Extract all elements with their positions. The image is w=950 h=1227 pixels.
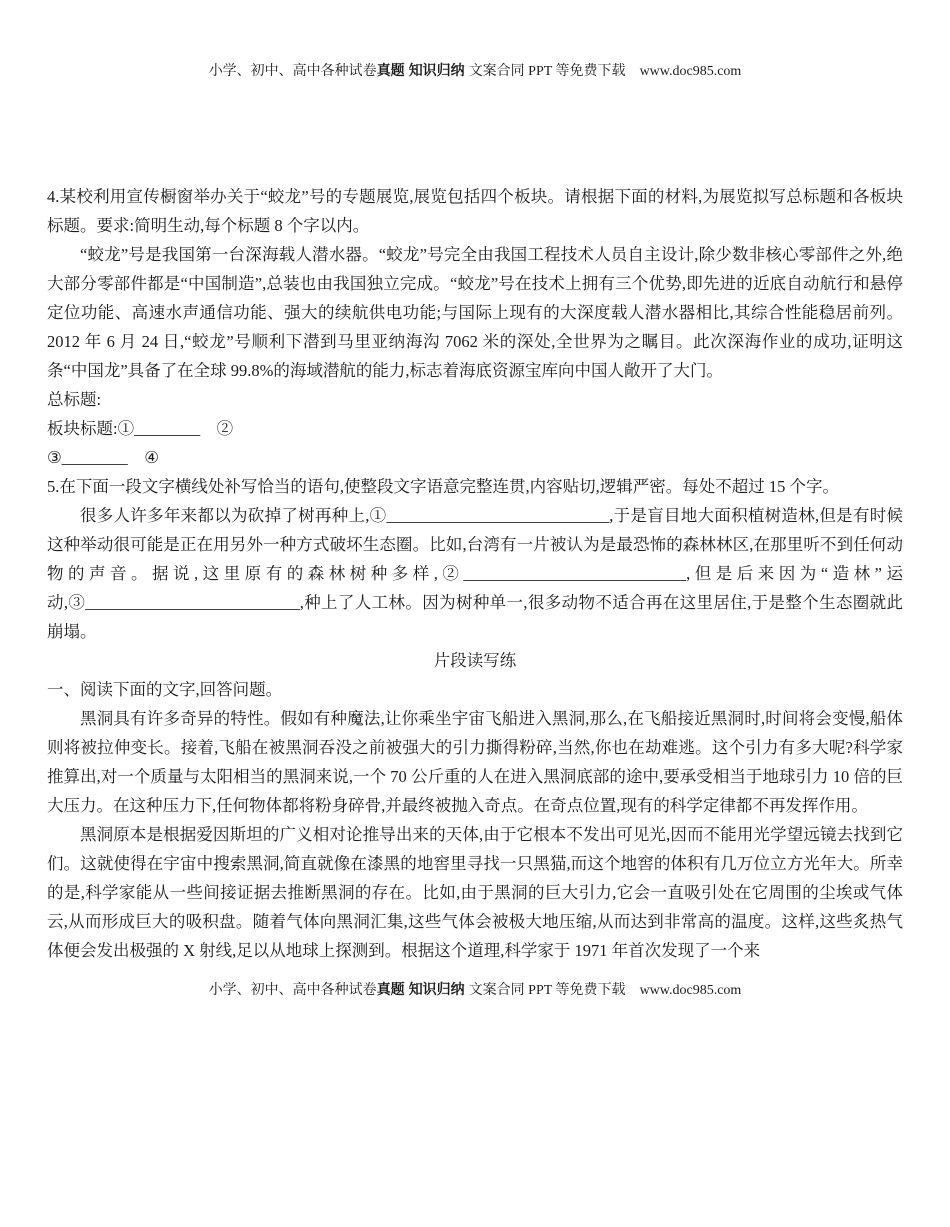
watermark-bold-zhishiguina: 知识归纳: [409, 64, 465, 79]
question-4-block-titles-line-2: ③________ ④: [47, 443, 903, 472]
watermark-text-suffix: 文案合同 PPT 等免费下载: [469, 983, 626, 998]
question-5-prompt: 5.在下面一段文字横线处补写恰当的语句,使整段文字语意完整连贯,内容贴切,逻辑严…: [47, 472, 903, 501]
section-title: 片段读写练: [47, 646, 903, 675]
watermark-text-prefix: 小学、初中、高中各种试卷: [209, 64, 377, 79]
page-content: 4.某校利用宣传橱窗举办关于“蛟龙”号的专题展览,展览包括四个板块。请根据下面的…: [47, 182, 903, 965]
reading-paragraph: 黑洞原本是根据爱因斯坦的广义相对论推导出来的天体,由于它根本不发出可见光,因而不…: [47, 820, 903, 965]
watermark-bold-zhishiguina: 知识归纳: [409, 983, 465, 998]
watermark-bold-zhenti: 真题: [377, 64, 405, 79]
question-4-material: “蛟龙”号是我国第一台深海载人潜水器。“蛟龙”号完全由我国工程技术人员自主设计,…: [47, 240, 903, 385]
watermark-url: www.doc985.com: [640, 64, 742, 79]
reading-paragraph: 黑洞具有许多奇异的特性。假如有种魔法,让你乘坐宇宙飞船进入黑洞,那么,在飞船接近…: [47, 704, 903, 820]
watermark-text-suffix: 文案合同 PPT 等免费下载: [469, 64, 626, 79]
watermark-bold-zhenti: 真题: [377, 983, 405, 998]
watermark-url: www.doc985.com: [640, 983, 742, 998]
header-watermark: 小学、初中、高中各种试卷真题知识归纳文案合同 PPT 等免费下载www.doc9…: [47, 62, 903, 82]
watermark-text-prefix: 小学、初中、高中各种试卷: [209, 983, 377, 998]
question-4-block-titles-line-1: 板块标题:①________ ②: [47, 414, 903, 443]
footer-watermark: 小学、初中、高中各种试卷真题知识归纳文案合同 PPT 等免费下载www.doc9…: [47, 981, 903, 1001]
document-page: 小学、初中、高中各种试卷真题知识归纳文案合同 PPT 等免费下载www.doc9…: [0, 0, 950, 1227]
question-4-prompt: 4.某校利用宣传橱窗举办关于“蛟龙”号的专题展览,展览包括四个板块。请根据下面的…: [47, 182, 903, 240]
question-4-total-title-line: 总标题:: [47, 385, 903, 414]
question-5-passage: 很多人许多年来都以为砍掉了树再种上,①_____________________…: [47, 501, 903, 646]
reading-instruction: 一、阅读下面的文字,回答问题。: [47, 675, 903, 704]
